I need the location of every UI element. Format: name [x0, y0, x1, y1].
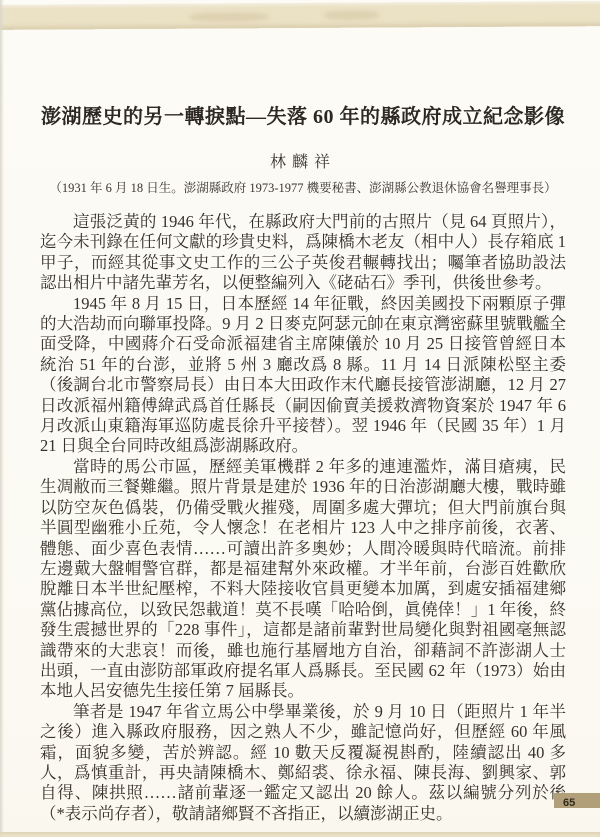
- paragraph: 筆者是 1947 年省立馬公中學畢業後，於 9 月 10 日（距照片 1 年半之…: [40, 702, 566, 824]
- author-name: 林麟祥: [40, 149, 566, 172]
- article-title: 澎湖歷史的另一轉捩點—失落 60 年的縣政府成立紀念影像: [40, 100, 566, 129]
- author-affiliation: （1931 年 6 月 18 日生。澎湖縣政府 1973-1977 機要秘書、澎…: [40, 178, 566, 196]
- article-body: 這張泛黃的 1946 年代，在縣政府大門前的古照片（見 64 頁照片），迄今未刊…: [40, 212, 566, 824]
- scan-edge-top-band: [0, 1, 600, 30]
- page-number: 65: [563, 797, 575, 809]
- bleedthrough-smudge: [324, 11, 379, 20]
- page-number-tab: 65: [554, 793, 600, 808]
- scanned-journal-page: 澎湖歷史的另一轉捩點—失落 60 年的縣政府成立紀念影像 林麟祥 （1931 年…: [0, 0, 600, 837]
- paragraph: 這張泛黃的 1946 年代，在縣政府大門前的古照片（見 64 頁照片），迄今未刊…: [40, 212, 566, 294]
- paragraph: 1945 年 8 月 15 日，日本歷經 14 年征戰，終因美國投下兩顆原子彈的…: [40, 294, 566, 457]
- bleedthrough-smudge: [189, 12, 269, 21]
- scan-edge-left-shadow: [0, 0, 4, 837]
- article-content: 澎湖歷史的另一轉捩點—失落 60 年的縣政府成立紀念影像 林麟祥 （1931 年…: [40, 100, 566, 824]
- scan-edge-bottom-band: [0, 832, 600, 837]
- paragraph: 當時的馬公市區，歷經美軍機群 2 年多的連連濫炸，滿目瘡痍，民生凋敝而三餐難繼。…: [40, 457, 566, 702]
